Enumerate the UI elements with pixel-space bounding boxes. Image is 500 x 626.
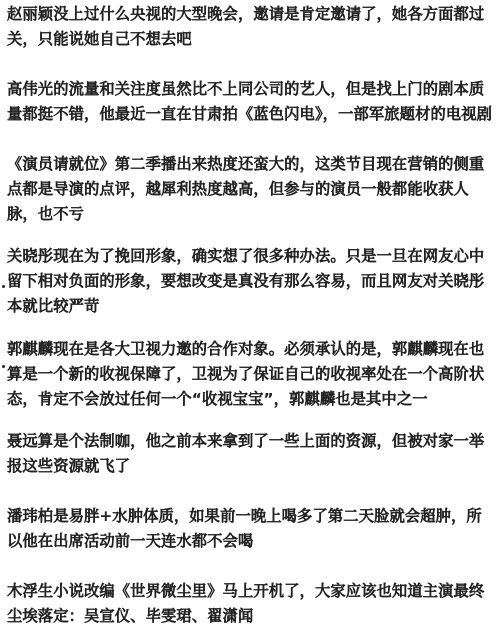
paragraph-pan-weibo: 潘玮柏是易胖+水肿体质，如果前一晚上喝多了第二天脸就会超肿，所以他在出席活动前一… [7,504,495,554]
paragraph-guo-qilin: 郭麒麟现在是各大卫视力邀的合作对象。必须承认的是，郭麒麟现在也算是一个新的收视保… [7,337,495,412]
paragraph-nie-yuan: 聂远算是个法制咖，他之前本来拿到了一些上面的资源，但被对家一举报这些资源就飞了 [7,429,495,479]
stray-dot-mark-2 [2,365,5,368]
paragraph-actors-on-set: 《演员请就位》第二季播出来热度还蛮大的，这类节目现在营销的侧重点都是导演的点评，… [7,152,495,227]
paragraph-zhao-liying: 赵丽颖没上过什么央视的大型晚会，邀请是肯定邀请了，她各方面都过关，只能说她自己不… [7,2,495,52]
paragraph-world-dust: 木浮生小说改编《世界微尘里》马上开机了，大家应该也知道主演最终尘埃落定：吴宣仪、… [7,579,495,626]
stray-dot-mark [2,285,5,288]
article-body: 赵丽颖没上过什么央视的大型晚会，邀请是肯定邀请了，她各方面都过关，只能说她自己不… [0,0,500,626]
paragraph-gao-weiguang: 高伟光的流量和关注度虽然比不上同公司的艺人，但是找上门的剧本质量都挺不错，他最近… [7,77,495,127]
paragraph-guan-xiaotong: 关晓彤现在为了挽回形象，确实想了很多种办法。只是一旦在网友心中留下相对负面的形象… [7,244,495,319]
